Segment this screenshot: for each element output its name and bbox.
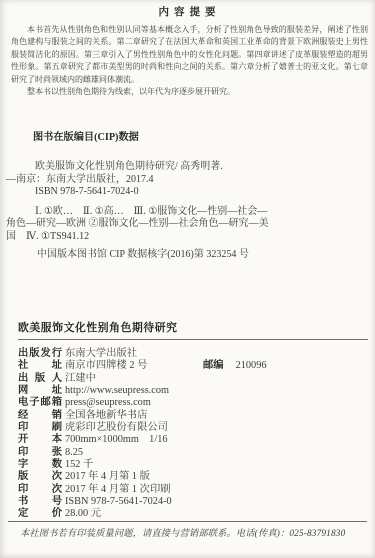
postcode-value: 210096 xyxy=(236,360,267,371)
cip-classification-line-3: 国 Ⅳ. ①TS941.12 xyxy=(6,231,368,244)
postcode-label: 邮编 xyxy=(203,360,224,371)
colophon-value: 152 千 xyxy=(65,459,93,470)
cip-publisher-line: —南京：东南大学出版社，2017.4 xyxy=(6,174,368,187)
colophon-label: 印刷 xyxy=(18,422,62,434)
colophon-label: 开本 xyxy=(18,434,62,446)
colophon-row-email: 电子邮箱press@seupress.com xyxy=(18,397,368,409)
colophon-label: 网址 xyxy=(18,385,62,397)
cip-registry-line: 中国版本图书馆 CIP 数据核字(2016)第 323254 号 xyxy=(6,249,368,262)
colophon-row-address: 社址南京市四牌楼 2 号邮编210096 xyxy=(18,360,368,372)
content-summary-paragraph-2: 整本书以性别角色期待为线索，以年代为序逐步展开研究。 xyxy=(11,86,368,98)
colophon-label: 书号 xyxy=(18,496,62,508)
colophon-value: 南京市四牌楼 2 号 xyxy=(65,360,203,372)
colophon-value: 28.00 元 xyxy=(65,508,101,519)
colophon-row-printing: 印次2017 年 4 月第 1 次印刷 xyxy=(18,484,368,496)
colophon-row-edition: 版次2017 年 4 月第 1 版 xyxy=(18,471,368,483)
colophon-value: 2017 年 4 月第 1 版 xyxy=(65,471,150,482)
colophon-label: 印张 xyxy=(18,447,62,459)
colophon-row-publisher: 出版发行东南大学出版社 xyxy=(18,348,368,360)
cip-data-block: 图书在版编目(CIP)数据 欧美服饰文化性别角色期待研究/ 高秀明著. —南京：… xyxy=(6,131,368,261)
colophon-row-wordcount: 字数152 千 xyxy=(18,459,368,471)
cip-classification-line-1: Ⅰ. ①欧… Ⅱ. ①高… Ⅲ. ①服饰文化—性别—社会— xyxy=(6,206,368,219)
cip-title-line: 欧美服饰文化性别角色期待研究/ 高秀明著. xyxy=(6,161,368,174)
colophon-table: 出版发行东南大学出版社 社址南京市四牌楼 2 号邮编210096 出版人江建中 … xyxy=(18,348,368,521)
colophon-value: 东南大学出版社 xyxy=(65,348,137,359)
colophon-row-distribution: 经销全国各地新华书店 xyxy=(18,410,368,422)
colophon-label: 出版发行 xyxy=(18,348,62,360)
cip-isbn-line: ISBN 978-7-5641-7024-0 xyxy=(6,186,368,199)
cip-heading: 图书在版编目(CIP)数据 xyxy=(33,131,368,144)
colophon-value: 江建中 xyxy=(65,373,96,384)
quality-note: 本社图书若有印装质量问题，请直接与营销部联系。电话(传真)：025-837918… xyxy=(20,525,367,539)
colophon-section: 欧美服饰文化性别角色期待研究 出版发行东南大学出版社 社址南京市四牌楼 2 号邮… xyxy=(18,322,368,521)
colophon-value: press@seupress.com xyxy=(65,397,151,408)
colophon-book-title: 欧美服饰文化性别角色期待研究 xyxy=(18,322,368,335)
content-summary-paragraph-1: 本书首先从性别角色和性别认同等基本概念入手，分析了性别角色导致的服装差异，阐述了… xyxy=(11,24,368,86)
colophon-label: 电子邮箱 xyxy=(18,397,62,409)
colophon-label: 经销 xyxy=(18,410,62,422)
title-rule xyxy=(18,339,368,340)
bottom-rule xyxy=(8,521,367,522)
colophon-row-printer: 印刷虎彩印艺股份有限公司 xyxy=(18,422,368,434)
colophon-value: 700mm×1000mm 1/16 xyxy=(65,434,168,445)
colophon-value: 8.25 xyxy=(65,447,83,458)
colophon-label: 出版人 xyxy=(18,373,62,385)
colophon-value: http://www.seupress.com xyxy=(65,385,169,396)
colophon-row-isbn: 书号ISBN 978-7-5641-7024-0 xyxy=(18,496,368,508)
cip-classification-line-2: 角色—研究—欧洲 ②服饰文化—性别—社会角色—研究—美 xyxy=(6,218,368,231)
colophon-label: 定价 xyxy=(18,508,62,520)
colophon-row-sheets: 印张8.25 xyxy=(18,447,368,459)
colophon-label: 字数 xyxy=(18,459,62,471)
colophon-row-publisher-person: 出版人江建中 xyxy=(18,373,368,385)
colophon-value: 2017 年 4 月第 1 次印刷 xyxy=(65,484,171,495)
colophon-label: 版次 xyxy=(18,471,62,483)
colophon-value: ISBN 978-7-5641-7024-0 xyxy=(65,496,172,507)
colophon-value: 全国各地新华书店 xyxy=(65,410,147,421)
colophon-label: 社址 xyxy=(18,360,62,372)
colophon-row-format: 开本700mm×1000mm 1/16 xyxy=(18,434,368,446)
colophon-value: 虎彩印艺股份有限公司 xyxy=(65,422,168,433)
content-summary-heading: 内容提要 xyxy=(11,6,368,19)
book-copyright-page: 内容提要 本书首先从性别角色和性别认同等基本概念入手，分析了性别角色导致的服装差… xyxy=(0,0,375,558)
colophon-row-price: 定价28.00 元 xyxy=(18,508,368,520)
colophon-row-website: 网址http://www.seupress.com xyxy=(18,385,368,397)
content-summary-section: 内容提要 本书首先从性别角色和性别认同等基本概念入手，分析了性别角色导致的服装差… xyxy=(11,6,368,99)
colophon-label: 印次 xyxy=(18,484,62,496)
